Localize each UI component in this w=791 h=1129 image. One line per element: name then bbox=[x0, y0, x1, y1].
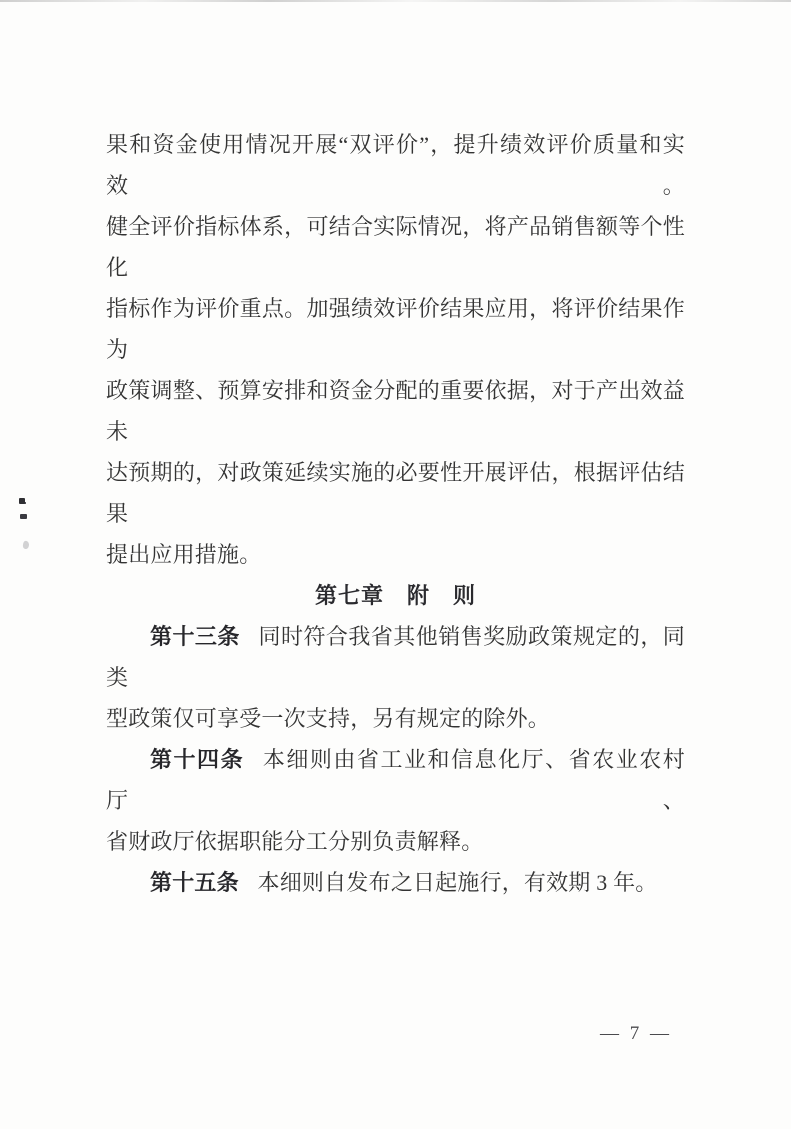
body-line: 达预期的，对政策延续实施的必要性开展评估，根据评估结果 bbox=[106, 452, 685, 534]
article-15-line: 第十五条本细则自发布之日起施行，有效期 3 年。 bbox=[106, 862, 685, 903]
scan-artifact-top-edge bbox=[0, 0, 791, 2]
article-13-number: 第十三条 bbox=[150, 624, 240, 649]
scan-artifact-smudge bbox=[22, 540, 30, 549]
document-body: 果和资金使用情况开展“双评价”，提升绩效评价质量和实效。 健全评价指标体系，可结… bbox=[106, 124, 685, 903]
article-14-number: 第十四条 bbox=[150, 747, 244, 772]
body-line: 指标作为评价重点。加强绩效评价结果应用，将评价结果作为 bbox=[106, 288, 685, 370]
article-13-second-line: 型政策仅可享受一次支持，另有规定的除外。 bbox=[106, 698, 685, 739]
chapter-heading: 第七章 附 则 bbox=[106, 575, 685, 616]
scan-artifact-dot bbox=[19, 498, 25, 504]
body-line: 政策调整、预算安排和资金分配的重要依据，对于产出效益未 bbox=[106, 370, 685, 452]
article-15-text: 本细则自发布之日起施行，有效期 3 年。 bbox=[258, 870, 658, 895]
body-line: 果和资金使用情况开展“双评价”，提升绩效评价质量和实效。 bbox=[106, 124, 685, 206]
article-15-number: 第十五条 bbox=[150, 870, 239, 895]
article-14-second-line: 省财政厅依据职能分工分别负责解释。 bbox=[106, 821, 685, 862]
body-line: 健全评价指标体系，可结合实际情况，将产品销售额等个性化 bbox=[106, 206, 685, 288]
scanned-document-page: 果和资金使用情况开展“双评价”，提升绩效评价质量和实效。 健全评价指标体系，可结… bbox=[0, 0, 791, 1129]
body-line: 提出应用措施。 bbox=[106, 534, 685, 575]
page-number: — 7 — bbox=[596, 1022, 676, 1046]
article-14-first-line: 第十四条本细则由省工业和信息化厅、省农业农村厅、 bbox=[106, 739, 685, 821]
scan-artifact-dot bbox=[20, 514, 27, 519]
article-13-first-line: 第十三条同时符合我省其他销售奖励政策规定的，同类 bbox=[106, 616, 685, 698]
